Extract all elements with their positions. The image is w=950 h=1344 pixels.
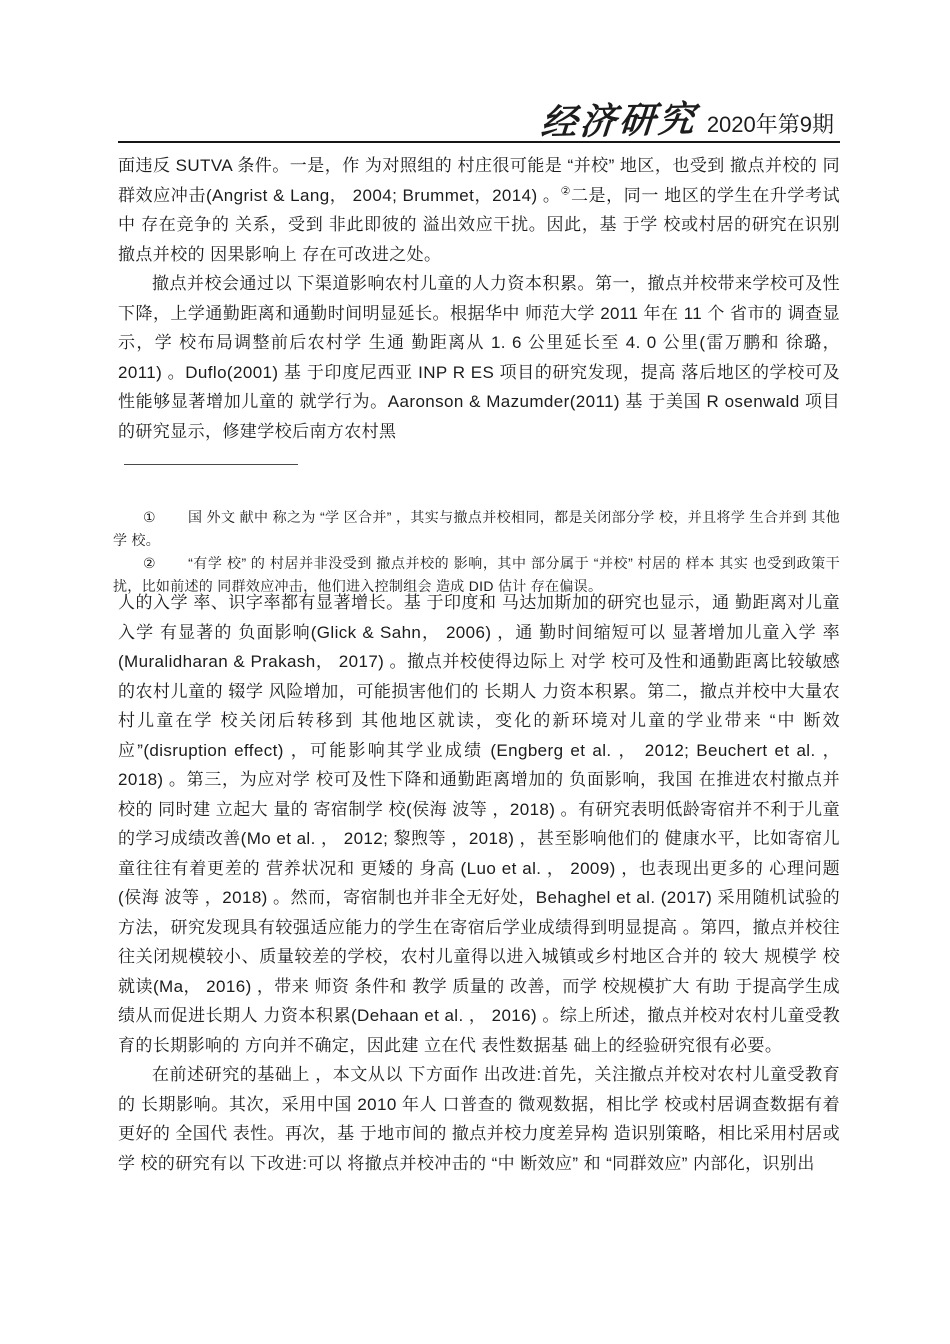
- journal-logo: 经济研究: [539, 101, 698, 143]
- footnotes: ①国 外文 献中 称之为 “学 区合并” ，其实与撤点并校相同，都是关闭部分学 …: [113, 506, 840, 598]
- header-row: 经济研究 2020年第9期: [118, 0, 840, 141]
- footnote-marker: ①: [143, 509, 156, 525]
- footnote-marker: ②: [143, 555, 156, 571]
- journal-page: 经济研究 2020年第9期 面违反 SUTVA 条件。一是，作 为对照组的 村庄…: [0, 0, 950, 1344]
- paragraph: 在前述研究的基础上 ，本文从以 下方面作 出改进:首先，关注撤点并校对农村儿童受…: [118, 1060, 840, 1178]
- footnote-divider: [124, 464, 298, 465]
- footnote-item: ①国 外文 献中 称之为 “学 区合并” ，其实与撤点并校相同，都是关闭部分学 …: [113, 506, 840, 552]
- journal-issue: 2020年第9期: [707, 114, 834, 141]
- text-run: 在前述研究的基础上 ，本文从以 下方面作 出改进:首先，关注撤点并校对农村儿童受…: [118, 1065, 840, 1173]
- text-run: 撤点并校会通过以 下渠道影响农村儿童的人力资本积累。第一，撤点并校带来学校可及性…: [118, 274, 840, 441]
- paragraph: 人的入学 率、识字率都有显著增长。基 于印度和 马达加斯加的研究也显示，通 勤距…: [118, 588, 840, 1060]
- paragraph: 面违反 SUTVA 条件。一是，作 为对照组的 村庄很可能是 “并校” 地区，也…: [118, 151, 840, 269]
- body-text-bottom: 人的入学 率、识字率都有显著增长。基 于印度和 马达加斯加的研究也显示，通 勤距…: [118, 588, 840, 1178]
- footnote-ref: ②: [560, 185, 570, 197]
- paragraph: 撤点并校会通过以 下渠道影响农村儿童的人力资本积累。第一，撤点并校带来学校可及性…: [118, 269, 840, 446]
- footnote-text: 国 外文 献中 称之为 “学 区合并” ，其实与撤点并校相同，都是关闭部分学 校…: [113, 509, 840, 548]
- body-text-top: 面违反 SUTVA 条件。一是，作 为对照组的 村庄很可能是 “并校” 地区，也…: [118, 151, 840, 446]
- header-divider: [118, 141, 840, 143]
- page-header: 经济研究 2020年第9期: [118, 0, 840, 143]
- text-run: 人的入学 率、识字率都有显著增长。基 于印度和 马达加斯加的研究也显示，通 勤距…: [118, 593, 840, 1055]
